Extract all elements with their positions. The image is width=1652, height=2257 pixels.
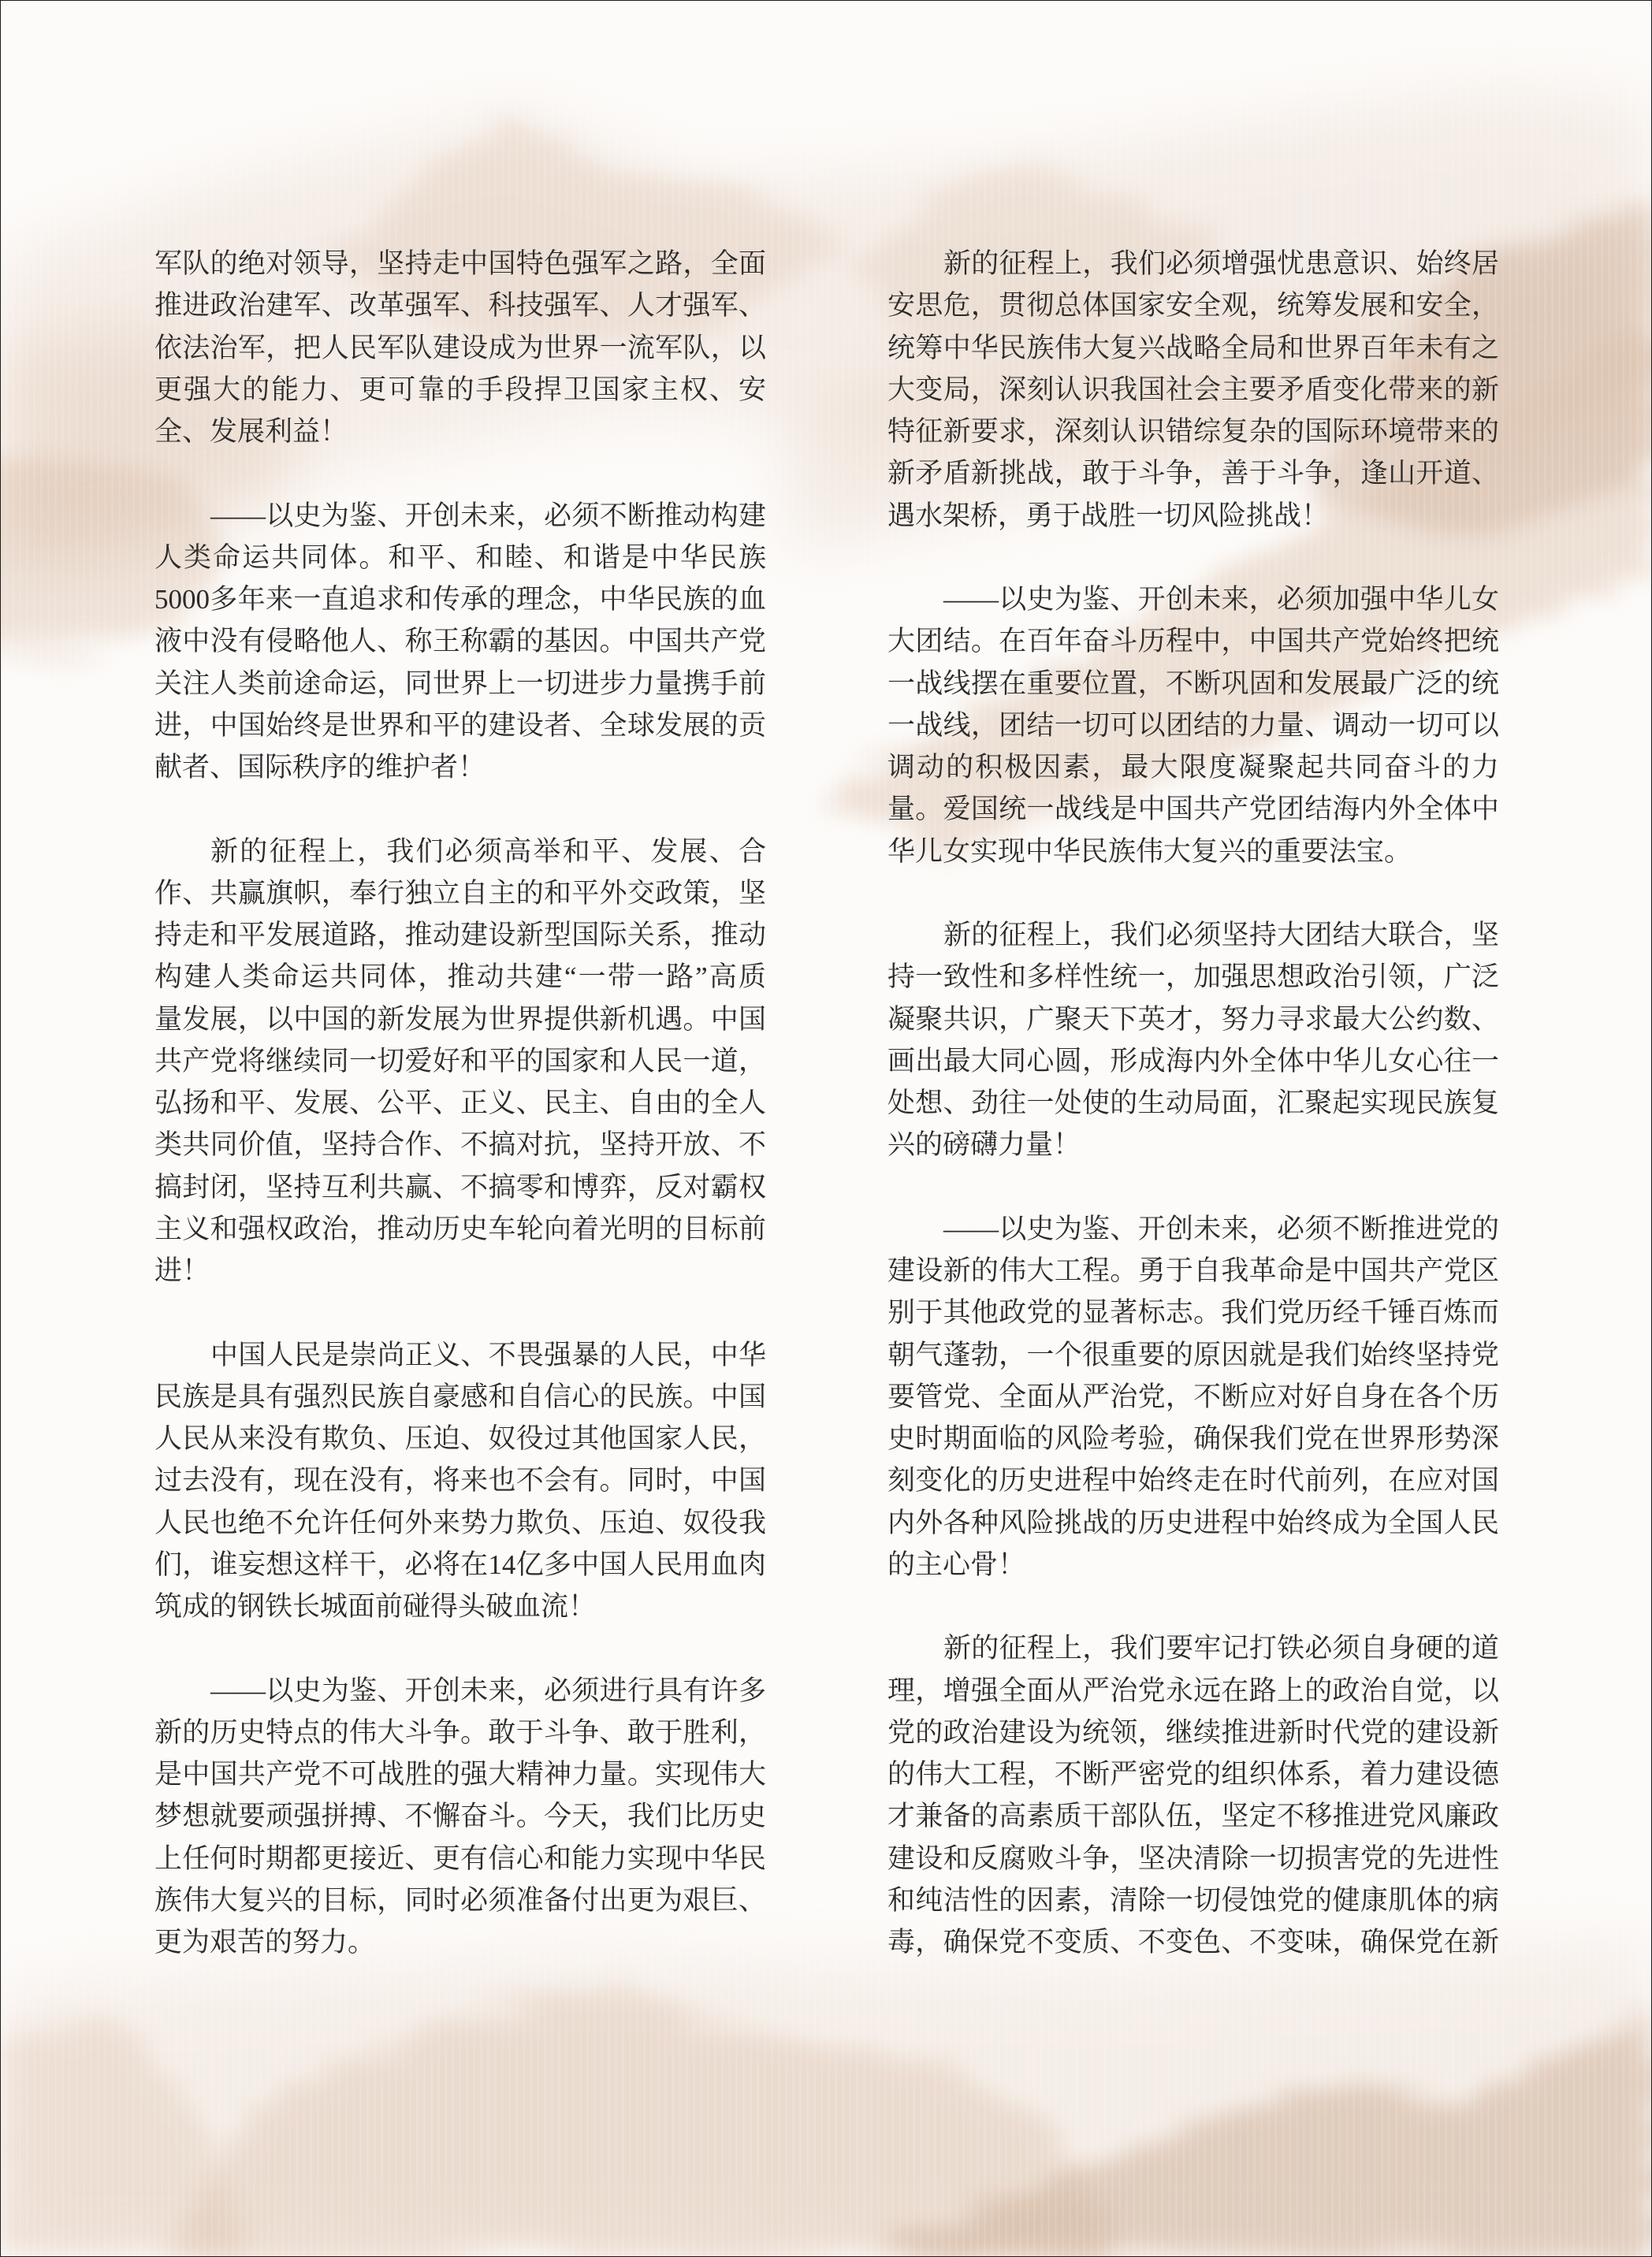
text-line: 持走和平发展道路，推动建设新型国际关系，推动 (154, 914, 766, 956)
text-line: 画出最大同心圆，形成海内外全体中华儿女心往一 (887, 1040, 1499, 1082)
text-line: 刻变化的历史进程中始终走在时代前列，在应对国 (887, 1459, 1499, 1501)
text-line: 人民从来没有欺负、压迫、奴役过其他国家人民， (154, 1418, 766, 1459)
text-line: 要管党、全面从严治党，不断应对好自身在各个历 (887, 1376, 1499, 1418)
text-line: 族伟大复兴的目标，同时必须准备付出更为艰巨、 (154, 1880, 766, 1921)
text-line: 华儿女实现中华民族伟大复兴的重要法宝。 (887, 831, 1499, 872)
text-line: 别于其他政党的显著标志。我们党历经千锤百炼而 (887, 1292, 1499, 1333)
text-line: 持一致性和多样性统一，加强思想政治引领，广泛 (887, 956, 1499, 998)
text-line: 建设新的伟大工程。勇于自我革命是中国共产党区 (887, 1250, 1499, 1292)
text-line: 更为艰苦的努力。 (154, 1921, 766, 1963)
magazine-page: 军队的绝对领导，坚持走中国特色强军之路，全面 推进政治建军、改革强军、科技强军、… (0, 0, 1652, 2257)
text-line: 一战线摆在重要位置，不断巩固和发展最广泛的统 (887, 663, 1499, 705)
text-line: 中国人民是崇尚正义、不畏强暴的人民，中华 (154, 1334, 766, 1376)
text-line: 类共同价值，坚持合作、不搞对抗，坚持开放、不 (154, 1124, 766, 1166)
text-line: 上任何时期都更接近、更有信心和能力实现中华民 (154, 1838, 766, 1880)
text-line: 人民也绝不允许任何外来势力欺负、压迫、奴役我 (154, 1502, 766, 1544)
paragraph: 新的征程上，我们必须坚持大团结大联合，坚 持一致性和多样性统一，加强思想政治引领… (887, 914, 1499, 1166)
text-line: 进！ (154, 1250, 766, 1292)
text-line: 新的征程上，我们必须高举和平、发展、合 (154, 831, 766, 872)
text-line: ——以史为鉴、开创未来，必须不断推进党的 (887, 1208, 1499, 1250)
paragraph: ——以史为鉴、开创未来，必须不断推动构建 人类命运共同体。和平、和睦、和谐是中华… (154, 495, 766, 789)
paragraph: ——以史为鉴、开创未来，必须加强中华儿女 大团结。在百年奋斗历程中，中国共产党始… (887, 578, 1499, 872)
text-line: 遇水架桥，勇于战胜一切风险挑战！ (887, 495, 1499, 537)
text-line: 进，中国始终是世界和平的建设者、全球发展的贡 (154, 705, 766, 746)
text-line: 更强大的能力、更可靠的手段捍卫国家主权、安 (154, 369, 766, 411)
text-line: 党的政治建设为统领，继续推进新时代党的建设新 (887, 1712, 1499, 1753)
text-line: 的主心骨！ (887, 1544, 1499, 1586)
text-line: 主义和强权政治，推动历史车轮向着光明的目标前 (154, 1208, 766, 1250)
bottom-haze (1, 1939, 1652, 2257)
text-line: 作、共赢旗帜，奉行独立自主的和平外交政策，坚 (154, 872, 766, 914)
text-line: 量。爱国统一战线是中国共产党团结海内外全体中 (887, 788, 1499, 830)
text-line: 构建人类命运共同体，推动共建“一带一路”高质 (154, 956, 766, 998)
paragraph: 军队的绝对领导，坚持走中国特色强军之路，全面 推进政治建军、改革强军、科技强军、… (154, 243, 766, 452)
text-line: 毒，确保党不变质、不变色、不变味，确保党在新 (887, 1921, 1499, 1963)
text-line: ——以史为鉴、开创未来，必须不断推动构建 (154, 495, 766, 537)
bottom-left-mountain (158, 1983, 1120, 2257)
text-line: 新的征程上，我们必须坚持大团结大联合，坚 (887, 914, 1499, 956)
text-line: 处想、劲往一处使的生动局面，汇聚起实现民族复 (887, 1082, 1499, 1124)
text-line: 筑成的钢铁长城面前碰得头破血流！ (154, 1586, 766, 1627)
text-line: 全、发展利益！ (154, 411, 766, 452)
text-line: 梦想就要顽强拼搏、不懈奋斗。今天，我们比历史 (154, 1795, 766, 1837)
text-line: 军队的绝对领导，坚持走中国特色强军之路，全面 (154, 243, 766, 284)
text-line: 史时期面临的风险考验，确保我们党在世界形势深 (887, 1418, 1499, 1459)
text-line: 献者、国际秩序的维护者！ (154, 746, 766, 788)
text-line: 调动的积极因素，最大限度凝聚起共同奋斗的力 (887, 746, 1499, 788)
paragraph-continues-next-page: 新的征程上，我们要牢记打铁必须自身硬的道 理，增强全面从严治党永远在路上的政治自… (887, 1627, 1499, 1963)
text-line: 关注人类前途命运，同世界上一切进步力量携手前 (154, 663, 766, 705)
text-line: 5000多年来一直追求和传承的理念，中华民族的血 (154, 578, 766, 620)
text-line: 兴的磅礴力量！ (887, 1124, 1499, 1166)
text-line: 人类命运共同体。和平、和睦、和谐是中华民族 (154, 537, 766, 578)
text-line: 液中没有侵略他人、称王称霸的基因。中国共产党 (154, 620, 766, 662)
text-line: ——以史为鉴、开创未来，必须加强中华儿女 (887, 578, 1499, 620)
text-line: 凝聚共识，广聚天下英才，努力寻求最大公约数、 (887, 998, 1499, 1040)
bottom-right-mountain (852, 2018, 1652, 2257)
text-line: 的伟大工程，不断严密党的组织体系，着力建设德 (887, 1753, 1499, 1795)
paragraph: 新的征程上，我们必须增强忧患意识、始终居 安思危，贯彻总体国家安全观，统筹发展和… (887, 243, 1499, 537)
text-line: 安思危，贯彻总体国家安全观，统筹发展和安全， (887, 284, 1499, 326)
paragraph: 新的征程上，我们必须高举和平、发展、合 作、共赢旗帜，奉行独立自主的和平外交政策… (154, 831, 766, 1292)
text-line: 搞封闭，坚持互利共赢、不搞零和博弈，反对霸权 (154, 1166, 766, 1208)
text-line: 们，谁妄想这样干，必将在14亿多中国人民用血肉 (154, 1544, 766, 1586)
text-line: 推进政治建军、改革强军、科技强军、人才强军、 (154, 284, 766, 326)
text-line: 新的历史特点的伟大斗争。敢于斗争、敢于胜利， (154, 1712, 766, 1753)
paragraph: ——以史为鉴、开创未来，必须不断推进党的 建设新的伟大工程。勇于自我革命是中国共… (887, 1208, 1499, 1586)
text-line: 过去没有，现在没有，将来也不会有。同时，中国 (154, 1459, 766, 1501)
text-line: 新的征程上，我们要牢记打铁必须自身硬的道 (887, 1627, 1499, 1669)
text-line: 一战线，团结一切可以团结的力量、调动一切可以 (887, 705, 1499, 746)
text-line: 特征新要求，深刻认识错综复杂的国际环境带来的 (887, 411, 1499, 452)
text-line: 弘扬和平、发展、公平、正义、民主、自由的全人 (154, 1082, 766, 1124)
text-column-left: 军队的绝对领导，坚持走中国特色强军之路，全面 推进政治建军、改革强军、科技强军、… (154, 243, 766, 1963)
text-line: 共产党将继续同一切爱好和平的国家和人民一道， (154, 1040, 766, 1082)
text-line: 大变局，深刻认识我国社会主要矛盾变化带来的新 (887, 369, 1499, 411)
text-line: 量发展，以中国的新发展为世界提供新机遇。中国 (154, 998, 766, 1040)
paragraph: 中国人民是崇尚正义、不畏强暴的人民，中华 民族是具有强烈民族自豪感和自信心的民族… (154, 1334, 766, 1628)
bottom-left-corner-wash (1, 2010, 253, 2257)
text-line: 是中国共产党不可战胜的强大精神力量。实现伟大 (154, 1753, 766, 1795)
text-line: 才兼备的高素质干部队伍，坚定不移推进党风廉政 (887, 1795, 1499, 1837)
text-line: ——以史为鉴、开创未来，必须进行具有许多 (154, 1670, 766, 1712)
text-line: 内外各种风险挑战的历史进程中始终成为全国人民 (887, 1502, 1499, 1544)
text-line: 新矛盾新挑战，敢于斗争，善于斗争，逢山开道、 (887, 452, 1499, 494)
text-line: 大团结。在百年奋斗历程中，中国共产党始终把统 (887, 620, 1499, 662)
paragraph: ——以史为鉴、开创未来，必须进行具有许多 新的历史特点的伟大斗争。敢于斗争、敢于… (154, 1670, 766, 1964)
text-line: 建设和反腐败斗争，坚决清除一切损害党的先进性 (887, 1838, 1499, 1880)
text-line: 民族是具有强烈民族自豪感和自信心的民族。中国 (154, 1376, 766, 1418)
text-line: 依法治军，把人民军队建设成为世界一流军队，以 (154, 327, 766, 369)
text-line: 统筹中华民族伟大复兴战略全局和世界百年未有之 (887, 327, 1499, 369)
text-column-right: 新的征程上，我们必须增强忧患意识、始终居 安思危，贯彻总体国家安全观，统筹发展和… (887, 243, 1499, 1963)
text-line: 和纯洁性的因素，清除一切侵蚀党的健康肌体的病 (887, 1880, 1499, 1921)
text-line: 新的征程上，我们必须增强忧患意识、始终居 (887, 243, 1499, 284)
text-line: 朝气蓬勃，一个很重要的原因就是我们始终坚持党 (887, 1334, 1499, 1376)
text-line: 理，增强全面从严治党永远在路上的政治自觉，以 (887, 1670, 1499, 1712)
